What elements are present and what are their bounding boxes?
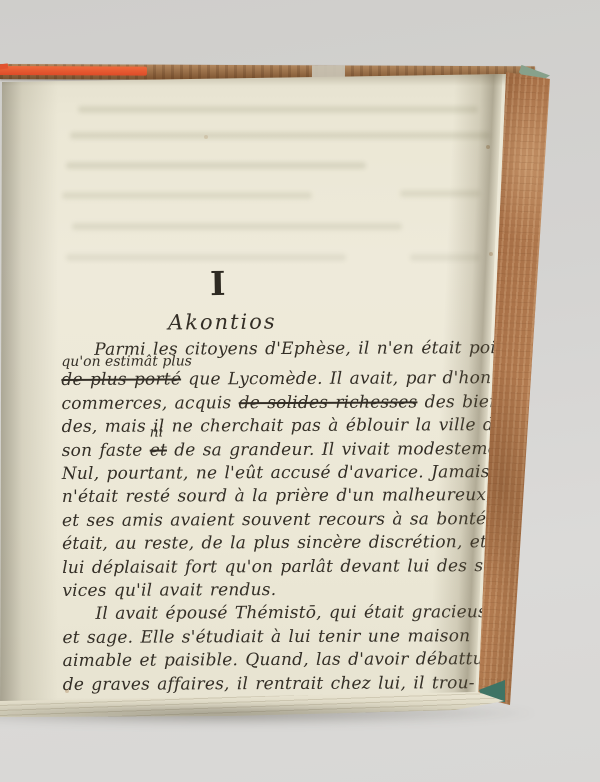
show-through-line	[66, 162, 366, 169]
book-shadow	[0, 706, 535, 726]
text-segment: et sage. Elle s'étudiait à lui tenir une…	[62, 626, 470, 648]
text-segment: n'était resté sourd à la prière d'un mal…	[62, 486, 492, 508]
text-segment: vices qu'il avait rendus.	[62, 580, 276, 601]
struck-text-wrap: etni	[150, 440, 167, 460]
text-segment-wrap: son faste	[62, 440, 150, 460]
text-segment-wrap: n'était resté sourd à la prière d'un mal…	[62, 486, 492, 508]
text-segment-wrap: de graves affaires, il rentrait chez lui…	[63, 673, 475, 695]
show-through-line	[62, 192, 312, 199]
gutter-shadow	[0, 70, 58, 722]
struck-text: et	[150, 440, 167, 460]
interline-correction: qu'on estimât plus	[61, 355, 192, 370]
chapter-numeral: I	[210, 264, 226, 303]
orange-headcap	[0, 66, 147, 76]
text-segment: de graves affaires, il rentrait chez lui…	[63, 673, 475, 695]
struck-text: de solides richesses	[239, 392, 418, 413]
text-segment-wrap: commerces, acquis	[61, 393, 238, 414]
show-through-line	[72, 223, 402, 230]
struck-text-wrap: de solides richesses	[239, 392, 418, 413]
text-segment-wrap: aimable et paisible. Quand, las d'avoir …	[63, 649, 484, 671]
show-through-line	[78, 106, 478, 113]
text-segment: aimable et paisible. Quand, las d'avoir …	[63, 649, 484, 671]
text-segment: son faste	[62, 440, 150, 460]
photo-backdrop: I Akontios Parmi les citoyens d'Ephèse, …	[0, 0, 600, 782]
manuscript-line: de plus portéqu'on estimât plus que Lyco…	[61, 367, 505, 392]
manuscript-page: I Akontios Parmi les citoyens d'Ephèse, …	[0, 70, 512, 722]
chapter-title: Akontios	[168, 310, 277, 335]
text-segment-wrap: vices qu'il avait rendus.	[62, 580, 276, 601]
interline-correction: ni	[150, 425, 164, 439]
text-segment: commerces, acquis	[61, 393, 238, 414]
show-through-line	[70, 132, 490, 139]
struck-text: de plus porté	[61, 370, 181, 391]
show-through-line	[66, 254, 346, 261]
text-segment-wrap: et sage. Elle s'étudiait à lui tenir une…	[62, 626, 470, 648]
struck-text-wrap: de plus portéqu'on estimât plus	[61, 370, 181, 391]
